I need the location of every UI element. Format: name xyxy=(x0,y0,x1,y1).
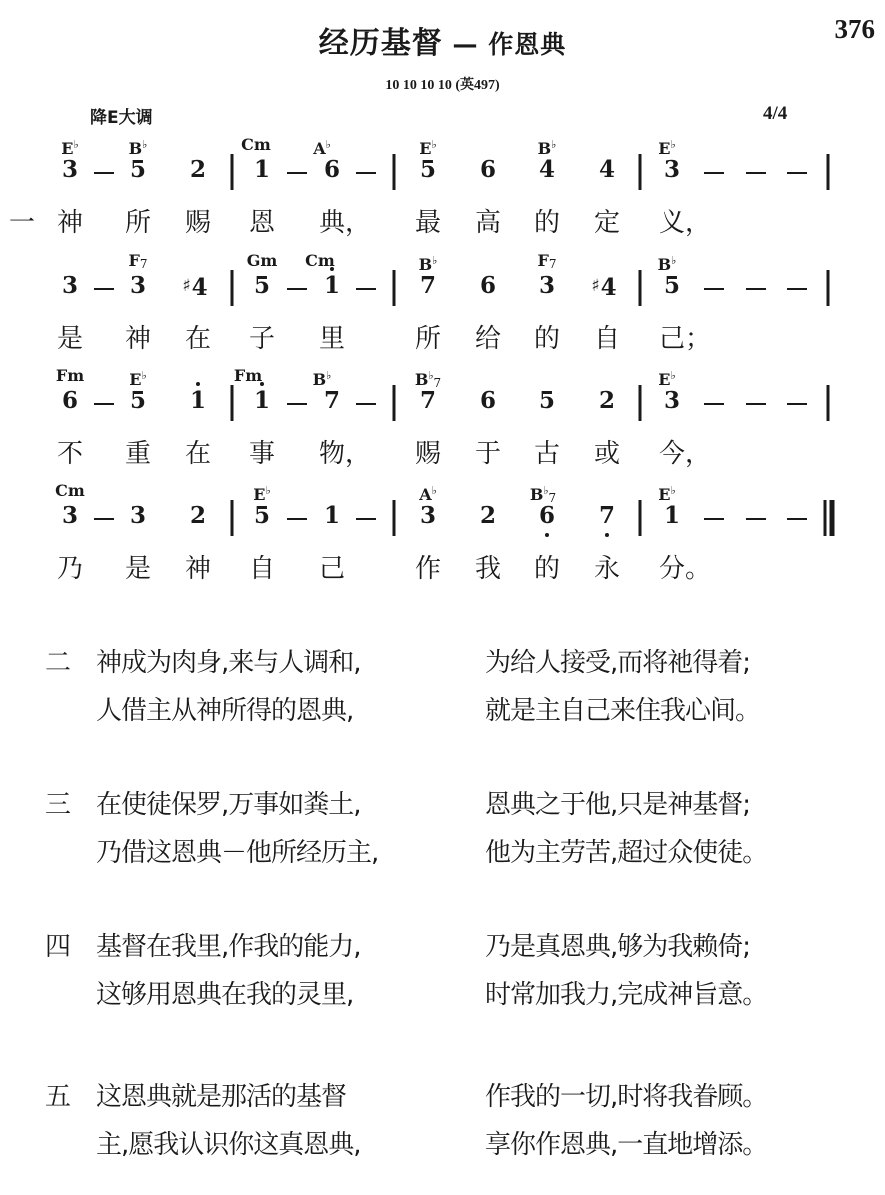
verse-number: 五 xyxy=(45,1082,70,1112)
lyric-syllable: 是 xyxy=(57,324,83,354)
title-main: 经历基督 xyxy=(319,26,443,61)
lyric-syllable: 所 xyxy=(125,208,151,238)
lyric-syllable: 在 xyxy=(185,439,211,469)
chord-symbol: E♭ xyxy=(658,136,675,158)
barline xyxy=(639,500,642,536)
barline xyxy=(393,154,396,190)
sustain-dash xyxy=(356,403,376,405)
verse-line: 就是主自己来住我心间。 xyxy=(485,696,760,726)
jianpu-note: 5 xyxy=(254,273,270,299)
lyric-syllable: 赐 xyxy=(415,439,441,469)
sustain-dash xyxy=(746,288,766,290)
verse-line: 作我的一切,时将我眷顾。 xyxy=(485,1082,767,1112)
sustain-dash xyxy=(704,288,724,290)
lyric-syllable: 今， xyxy=(659,439,711,469)
sustain-dash xyxy=(356,518,376,520)
lyric-syllable: 最 xyxy=(415,208,441,238)
lyric-syllable: 永 xyxy=(594,554,620,584)
lyric-syllable: 赐 xyxy=(185,208,211,238)
verse-number: 二 xyxy=(45,648,70,678)
jianpu-note: 2 xyxy=(480,503,496,529)
lyric-syllable: 己； xyxy=(659,324,711,354)
jianpu-note: 2 xyxy=(190,157,206,183)
verse-line: 乃是真恩典,够为我赖倚; xyxy=(485,932,750,962)
jianpu-note: 7 xyxy=(420,388,436,414)
jianpu-note: 6 xyxy=(62,388,78,414)
verse-line: 主,愿我认识你这真恩典, xyxy=(96,1130,361,1160)
meter-line: 10 10 10 10 (英497) xyxy=(0,74,885,94)
lyric-syllable: 事 xyxy=(249,439,275,469)
jianpu-note: 3 xyxy=(539,273,555,299)
jianpu-note: 6 xyxy=(480,273,496,299)
lyric-syllable: 于 xyxy=(475,439,501,469)
barline xyxy=(639,154,642,190)
sustain-dash xyxy=(787,172,807,174)
jianpu-note: 3 xyxy=(130,503,146,529)
hymn-number: 376 xyxy=(835,14,876,45)
jianpu-note: 3 xyxy=(62,503,78,529)
barline xyxy=(393,385,396,421)
verse-number: 一 xyxy=(9,208,35,238)
chord-symbol: Fm xyxy=(234,367,262,385)
lyric-syllable: 典， xyxy=(319,208,371,238)
lyric-syllable: 子 xyxy=(249,324,275,354)
jianpu-note: 4 xyxy=(539,157,555,183)
barline xyxy=(231,500,234,536)
lyric-syllable: 的 xyxy=(534,324,560,354)
chord-symbol: B♭ xyxy=(658,252,677,274)
lyric-syllable: 给 xyxy=(475,324,501,354)
lyric-syllable: 或 xyxy=(594,439,620,469)
chord-symbol: B♭ xyxy=(313,367,332,389)
jianpu-note: 3 xyxy=(664,388,680,414)
lyric-syllable: 自 xyxy=(594,324,620,354)
barline xyxy=(827,154,830,190)
verse-line: 这恩典就是那活的基督 xyxy=(96,1082,346,1112)
title-subtitle: 作恩典 xyxy=(488,30,566,59)
lyric-syllable: 神 xyxy=(185,554,211,584)
lyric-syllable: 物， xyxy=(319,439,371,469)
barline xyxy=(231,270,234,306)
chord-symbol: F7 xyxy=(538,252,557,273)
barline xyxy=(393,270,396,306)
final-barline-thin xyxy=(824,500,827,536)
jianpu-note: 3 xyxy=(664,157,680,183)
lyric-syllable: 所 xyxy=(415,324,441,354)
chord-symbol: A♭ xyxy=(419,482,437,504)
jianpu-note: 5 xyxy=(254,503,270,529)
barline xyxy=(827,270,830,306)
chord-symbol: B♭ xyxy=(129,136,148,158)
jianpu-note: 7 xyxy=(324,388,340,414)
jianpu-note: 1 xyxy=(324,273,340,299)
jianpu-note: 3 xyxy=(62,157,78,183)
chord-symbol: E♭ xyxy=(129,367,146,389)
lyric-syllable: 里 xyxy=(319,324,345,354)
jianpu-note: 1 xyxy=(254,388,270,414)
title-separator: — xyxy=(443,30,488,59)
sustain-dash xyxy=(94,288,114,290)
jianpu-note: 1 xyxy=(324,503,340,529)
jianpu-note: 2 xyxy=(599,388,615,414)
time-signature: 4/4 xyxy=(763,103,787,125)
sustain-dash xyxy=(356,172,376,174)
verse-number: 三 xyxy=(45,790,70,820)
lyric-syllable: 古 xyxy=(534,439,560,469)
lyric-syllable: 定 xyxy=(594,208,620,238)
octave-up-dot xyxy=(330,267,334,271)
jianpu-note: 5 xyxy=(539,388,555,414)
jianpu-note: 3 xyxy=(420,503,436,529)
key-signature: 降E大调 xyxy=(90,103,153,128)
chord-symbol: E♭ xyxy=(61,136,78,158)
sustain-dash xyxy=(787,518,807,520)
barline xyxy=(827,385,830,421)
sustain-dash xyxy=(746,172,766,174)
jianpu-note: 5 xyxy=(130,157,146,183)
sustain-dash xyxy=(287,172,307,174)
sustain-dash xyxy=(287,288,307,290)
jianpu-note: 4 xyxy=(599,157,615,183)
chord-symbol: A♭ xyxy=(313,136,331,158)
lyric-syllable: 重 xyxy=(125,439,151,469)
verse-line: 为给人接受,而将祂得着; xyxy=(485,648,750,678)
jianpu-note: 6 xyxy=(324,157,340,183)
verse-line: 人借主从神所得的恩典, xyxy=(96,696,353,726)
verse-line: 乃借这恩典－他所经历主, xyxy=(96,838,378,868)
sustain-dash xyxy=(787,288,807,290)
sustain-dash xyxy=(287,518,307,520)
chord-symbol: Gm xyxy=(247,252,278,270)
jianpu-note: 1 xyxy=(190,388,206,414)
jianpu-note: 7 xyxy=(599,503,615,529)
verse-number: 四 xyxy=(45,932,70,962)
chord-symbol: E♭ xyxy=(253,482,270,504)
sustain-dash xyxy=(704,518,724,520)
jianpu-note: 3 xyxy=(130,273,146,299)
sustain-dash xyxy=(787,403,807,405)
jianpu-note: 2 xyxy=(190,503,206,529)
jianpu-note: 3 xyxy=(62,273,78,299)
verse-line: 在使徒保罗,万事如粪土, xyxy=(96,790,361,820)
verse-line: 享你作恩典,一直地增添。 xyxy=(485,1130,767,1160)
verse-line: 恩典之于他,只是神基督; xyxy=(485,790,750,820)
sustain-dash xyxy=(94,403,114,405)
lyric-syllable: 的 xyxy=(534,554,560,584)
lyric-syllable: 神 xyxy=(57,208,83,238)
chord-symbol: E♭ xyxy=(658,367,675,389)
sustain-dash xyxy=(704,403,724,405)
verse-line: 神成为肉身,来与人调和, xyxy=(96,648,361,678)
jianpu-note: 6 xyxy=(480,388,496,414)
verse-line: 时常加我力,完成神旨意。 xyxy=(485,980,767,1010)
lyric-syllable: 分。 xyxy=(659,554,711,584)
lyric-syllable: 神 xyxy=(125,324,151,354)
barline xyxy=(639,270,642,306)
sustain-dash xyxy=(746,403,766,405)
sustain-dash xyxy=(94,518,114,520)
octave-up-dot xyxy=(260,382,264,386)
lyric-syllable: 不 xyxy=(57,439,83,469)
lyric-syllable: 己 xyxy=(319,554,345,584)
lyric-syllable: 恩 xyxy=(249,208,275,238)
verse-line: 基督在我里,作我的能力, xyxy=(96,932,361,962)
barline xyxy=(393,500,396,536)
jianpu-note: 7 xyxy=(420,273,436,299)
barline xyxy=(231,385,234,421)
octave-up-dot xyxy=(196,382,200,386)
chord-symbol: B♭ xyxy=(538,136,557,158)
final-barline-thick xyxy=(830,500,835,536)
jianpu-note: ♯4 xyxy=(182,273,207,301)
chord-symbol: Fm xyxy=(56,367,84,385)
jianpu-note: 1 xyxy=(254,157,270,183)
chord-symbol: B♭ xyxy=(419,252,438,274)
sustain-dash xyxy=(94,172,114,174)
octave-down-dot xyxy=(605,533,609,537)
jianpu-note: 1 xyxy=(664,503,680,529)
sustain-dash xyxy=(356,288,376,290)
barline xyxy=(231,154,234,190)
verse-line: 这够用恩典在我的灵里, xyxy=(96,980,353,1010)
lyric-syllable: 义， xyxy=(659,208,711,238)
lyric-syllable: 我 xyxy=(475,554,501,584)
lyric-syllable: 的 xyxy=(534,208,560,238)
jianpu-note: 6 xyxy=(480,157,496,183)
jianpu-note: 6 xyxy=(539,503,555,529)
verse-line: 他为主劳苦,超过众使徒。 xyxy=(485,838,767,868)
chord-symbol: Cm xyxy=(55,482,85,500)
hymn-title: 经历基督 — 作恩典 xyxy=(0,18,885,62)
chord-symbol: F7 xyxy=(129,252,148,273)
chord-symbol: E♭ xyxy=(658,482,675,504)
jianpu-note: 5 xyxy=(130,388,146,414)
chord-symbol: E♭ xyxy=(419,136,436,158)
lyric-syllable: 自 xyxy=(249,554,275,584)
jianpu-note: 5 xyxy=(664,273,680,299)
lyric-syllable: 高 xyxy=(475,208,501,238)
sustain-dash xyxy=(704,172,724,174)
lyric-syllable: 作 xyxy=(415,554,441,584)
lyric-syllable: 是 xyxy=(125,554,151,584)
lyric-syllable: 在 xyxy=(185,324,211,354)
jianpu-note: 5 xyxy=(420,157,436,183)
sustain-dash xyxy=(746,518,766,520)
lyric-syllable: 乃 xyxy=(57,554,83,584)
barline xyxy=(639,385,642,421)
octave-down-dot xyxy=(545,533,549,537)
jianpu-note: ♯4 xyxy=(591,273,616,301)
sustain-dash xyxy=(287,403,307,405)
chord-symbol: Cm xyxy=(241,136,271,154)
